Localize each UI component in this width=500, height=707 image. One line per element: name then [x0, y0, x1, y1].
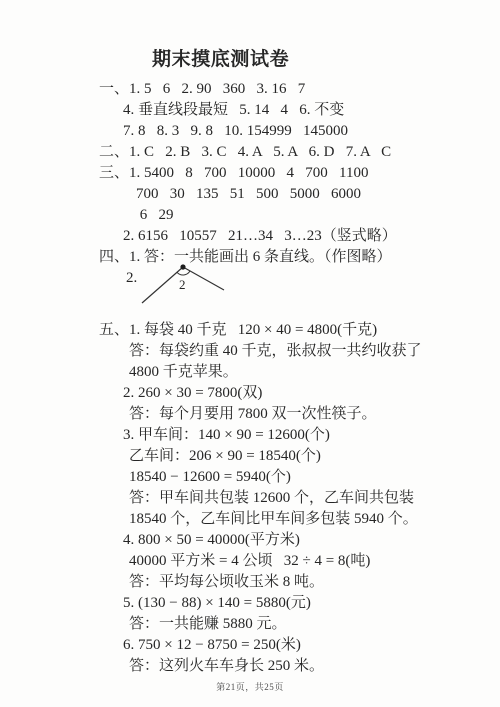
answer-line: 700 30 135 51 500 5000 6000: [0, 184, 500, 205]
page-footer: 第21页，共25页: [0, 680, 500, 693]
angle-figure-row: 2. 2: [0, 268, 500, 320]
angle-arc: [177, 271, 190, 275]
answer-line: 2. 6156 10557 21…34 3…23（竖式略）: [0, 226, 500, 247]
page-title: 期末摸底测试卷: [0, 48, 500, 72]
answer-line: 18540 − 12600 = 5940(个): [0, 467, 500, 488]
angle-vertex-dot: [180, 264, 185, 269]
angle-right-ray: [183, 267, 224, 290]
answer-line: 答：甲车间共包装 12600 个，乙车间共包装: [0, 488, 500, 509]
answer-line: 一、1. 5 6 2. 90 360 3. 16 7: [0, 79, 500, 100]
answer-line: 4. 垂直线段最短 5. 14 4 6. 不变: [0, 100, 500, 121]
answer-line: 答：这列火车车身长 250 米。: [0, 656, 500, 677]
answer-line: 答：每个月要用 7800 双一次性筷子。: [0, 404, 500, 425]
answer-line: 乙车间：206 × 90 = 18540(个): [0, 446, 500, 467]
answer-line: 4. 800 × 50 = 40000(平方米): [0, 530, 500, 551]
answer-line: 18540 个，乙车间比甲车间多包装 5940 个。: [0, 509, 500, 530]
answer-line: 五、1. 每袋 40 千克 120 × 40 = 4800(千克): [0, 320, 500, 341]
answer-sheet-page: 期末摸底测试卷 一、1. 5 6 2. 90 360 3. 16 7 4. 垂直…: [0, 0, 500, 707]
answer-line: 2. 260 × 30 = 7800(双): [0, 383, 500, 404]
answer-line: 二、1. C 2. B 3. C 4. A 5. A 6. D 7. A C: [0, 142, 500, 163]
answer-line: 答：每袋约重 40 千克，张叔叔一共约收获了: [0, 341, 500, 362]
angle-figure: 2: [138, 256, 258, 318]
answer-line: 答：平均每公顷收玉米 8 吨。: [0, 572, 500, 593]
answer-line: 6. 750 × 12 − 8750 = 250(米): [0, 635, 500, 656]
answer-line: 三、1. 5400 8 700 10000 4 700 1100: [0, 163, 500, 184]
item-number: 2.: [126, 270, 137, 287]
answer-line: 3. 甲车间：140 × 90 = 12600(个): [0, 425, 500, 446]
answer-line: 7. 8 8. 3 9. 8 10. 154999 145000: [0, 121, 500, 142]
answer-line: 4800 千克苹果。: [0, 362, 500, 383]
angle-label: 2: [179, 277, 186, 292]
answer-line: 40000 平方米 = 4 公顷 32 ÷ 4 = 8(吨): [0, 551, 500, 572]
answer-line: 5. (130 − 88) × 140 = 5880(元): [0, 593, 500, 614]
answer-line: 答：一共能赚 5880 元。: [0, 614, 500, 635]
angle-left-ray: [142, 267, 183, 303]
answer-line: 6 29: [0, 205, 500, 226]
